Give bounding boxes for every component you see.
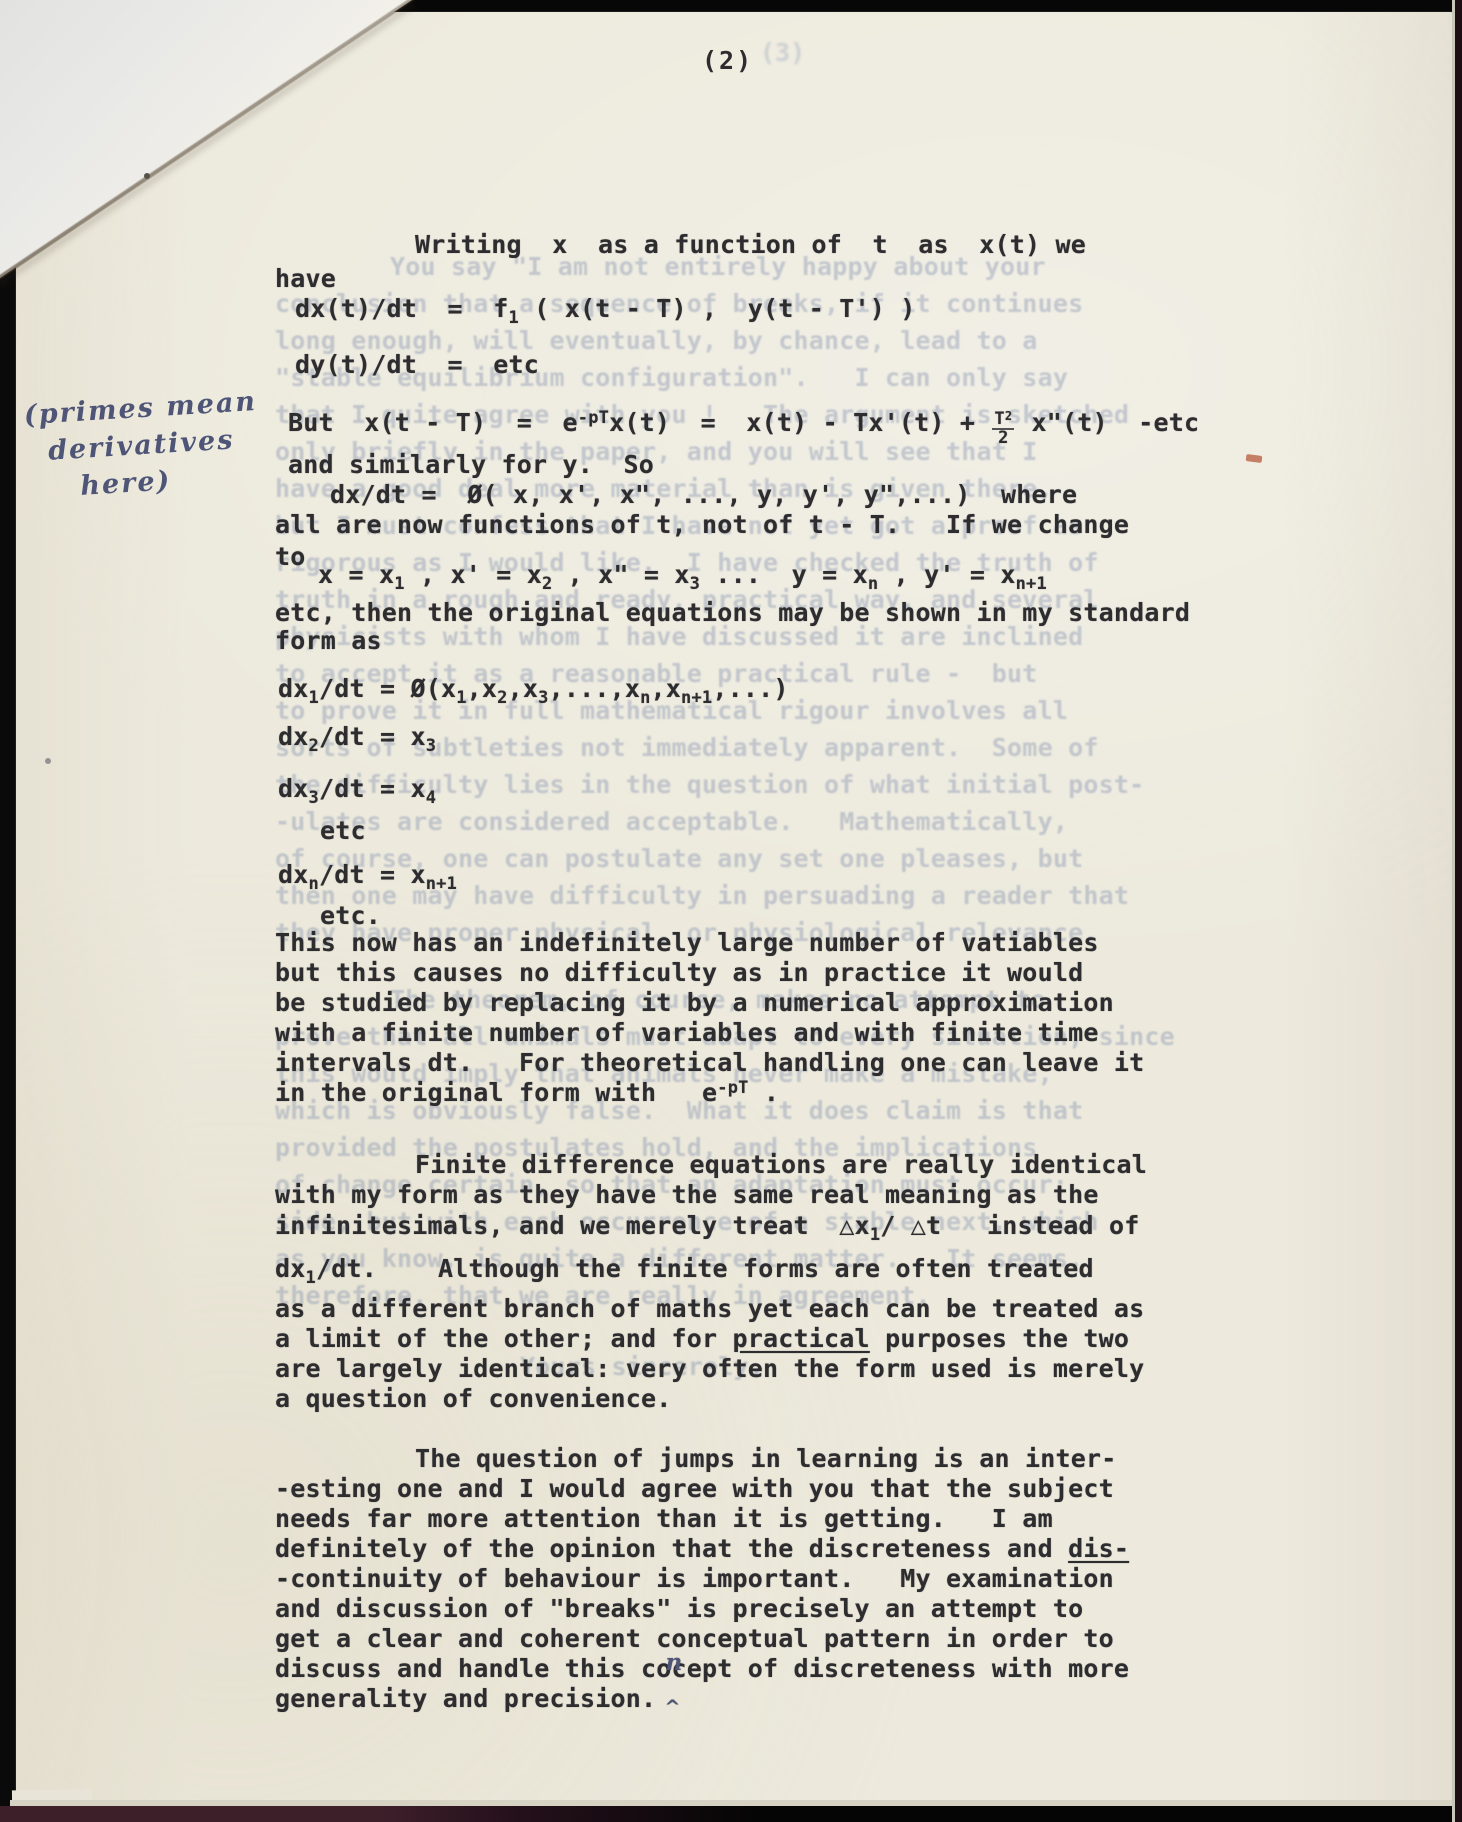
typed-line: generality and precision. [275, 1684, 656, 1714]
typed-line: to [275, 542, 306, 572]
typed-line: and discussion of "breaks" is precisely … [275, 1594, 1083, 1624]
ghost-line: -ulates are considered acceptable. Mathe… [275, 807, 1068, 837]
typed-line: dx(t)/dt = f1 ( x(t - T) , y(t - T') ) [295, 294, 916, 327]
typed-line: etc, then the original equations may be … [275, 598, 1190, 628]
paper-speck [144, 173, 150, 179]
typed-line: with my form as they have the same real … [275, 1180, 1099, 1210]
typed-line: all are now functions of t, not of t - T… [275, 510, 1129, 540]
typed-line: in the original form with e-pT . [275, 1078, 779, 1111]
insertion-caret: ^ [665, 1696, 681, 1718]
typed-line: a limit of the other; and for practical … [275, 1324, 1129, 1354]
ghost-page-number: (3) [760, 38, 805, 68]
typed-line: but this causes no difficulty as in prac… [275, 958, 1083, 988]
typed-line: dy(t)/dt = etc [295, 350, 539, 380]
handwritten-margin-note: (primes mean derivatives here) [23, 383, 263, 508]
typed-line: etc [320, 816, 366, 846]
typed-line: are largely identical: very often the fo… [275, 1354, 1144, 1384]
typed-line: Finite difference equations are really i… [415, 1150, 1147, 1180]
scanned-letter: You say "I am not entirely happy about y… [0, 0, 1462, 1822]
typed-line: with a finite number of variables and wi… [275, 1018, 1099, 1048]
typed-line: Writing x as a function of t as x(t) we [415, 230, 1086, 260]
typed-line: and similarly for y. So [288, 450, 654, 480]
typed-line: This now has an indefinitely large numbe… [275, 928, 1099, 958]
inserted-letter: n [666, 1649, 683, 1676]
typed-line: be studied by replacing it by a numerica… [275, 988, 1114, 1018]
typed-line: dx2/dt = x3 [278, 722, 436, 755]
typed-line: dx1/dt = Ø(x1,x2,x3,...,xn,xn+1,...) [278, 674, 789, 707]
typed-line: etc. [320, 901, 381, 931]
typed-line: intervals dt. For theoretical handling o… [275, 1048, 1144, 1078]
typed-line: form as [275, 626, 382, 656]
typed-line: infinitesimals, and we merely treat △x1/… [275, 1211, 1140, 1244]
stacked-fraction: T22 [992, 412, 1014, 447]
typed-line: dx/dt = Ø( x, x', x", ..., y, y', y",...… [330, 480, 1077, 510]
typed-line: -esting one and I would agree with you t… [275, 1474, 1114, 1504]
typed-line: have [275, 264, 336, 294]
typed-line: x = x1 , x' = x2 , x" = x3 ... y = xn , … [318, 560, 1047, 593]
typed-line: discuss and handle this con^cept of disc… [275, 1654, 1129, 1684]
typed-line: But x(t - T) = e-pTx(t) = x(t) - Tx'(t) … [288, 408, 1199, 447]
paper-speck [45, 758, 51, 764]
typed-line: get a clear and coherent conceptual patt… [275, 1624, 1114, 1654]
binding-bottom-strip [0, 1806, 1462, 1822]
page-right-edge-strip [1452, 0, 1462, 1822]
typed-line: as a different branch of maths yet each … [275, 1294, 1144, 1324]
typed-line: dx1/dt. Although the finite forms are of… [275, 1254, 1094, 1287]
typed-line: dx3/dt = x4 [278, 774, 436, 807]
page-number: (2) [702, 46, 753, 76]
typed-line: The question of jumps in learning is an … [415, 1444, 1117, 1474]
typed-line: definitely of the opinion that the discr… [275, 1534, 1129, 1564]
typed-line: needs far more attention than it is gett… [275, 1504, 1053, 1534]
typed-line: a question of convenience. [275, 1384, 672, 1414]
typed-line: -continuity of behaviour is important. M… [275, 1564, 1114, 1594]
typed-line: dxn/dt = xn+1 [278, 860, 457, 893]
